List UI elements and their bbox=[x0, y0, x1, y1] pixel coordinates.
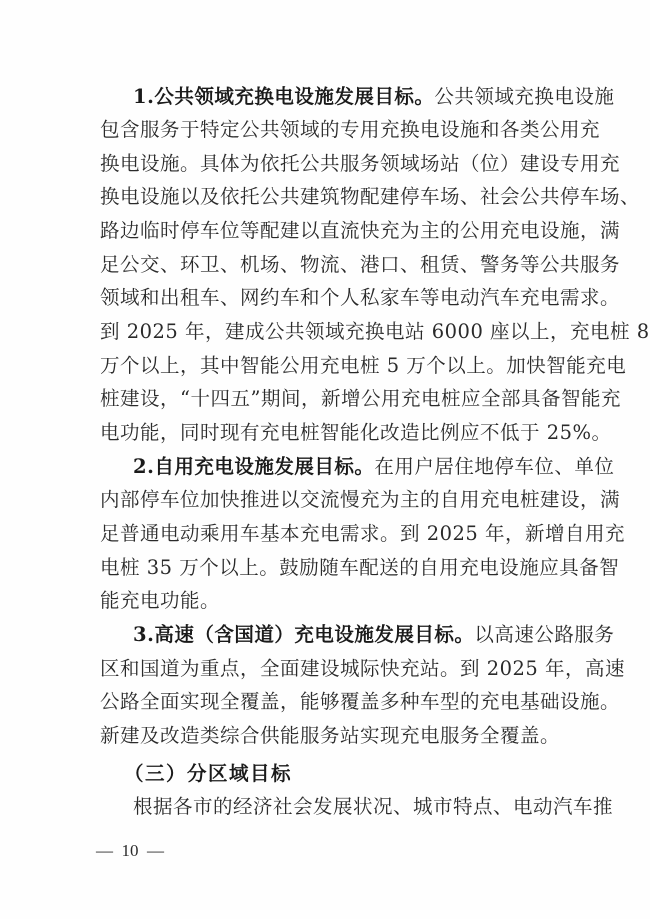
paragraph-line: 1.公共领域充换电设施发展目标。公共领域充换电设施 bbox=[133, 80, 554, 114]
paragraph-line: 能充电功能。 bbox=[100, 584, 554, 618]
paragraph-line: 包含服务于特定公共领域的专用充换电设施和各类公用充 bbox=[100, 113, 554, 147]
paragraph-line: 万个以上，其中智能公用充电桩 5 万个以上。加快智能充电 bbox=[100, 349, 554, 383]
paragraph-line: 内部停车位加快推进以交流慢充为主的自用充电桩建设，满 bbox=[100, 483, 554, 517]
paragraph-line: 电功能，同时现有充电桩智能化改造比例应不低于 25%。 bbox=[100, 416, 554, 450]
paragraph-line: 根据各市的经济社会发展状况、城市特点、电动汽车推 bbox=[133, 790, 554, 824]
paragraph-line: 路边临时停车位等配建以直流快充为主的公用充电设施，满 bbox=[100, 214, 554, 248]
section-label: 3.高速（含国道）充电设施发展目标。 bbox=[133, 623, 474, 646]
paragraph-line: 领域和出租车、网约车和个人私家车等电动汽车充电需求。 bbox=[100, 281, 554, 315]
section-heading: （三）分区域目标 bbox=[124, 757, 292, 791]
paragraph-line: 3.高速（含国道）充电设施发展目标。以高速公路服务 bbox=[133, 618, 554, 652]
paragraph-line: 换电设施以及依托公共建筑物配建停车场、社会公共停车场、 bbox=[100, 180, 554, 214]
paragraph-line: 电桩 35 万个以上。鼓励随车配送的自用充电设施应具备智 bbox=[100, 551, 554, 585]
paragraph-line: 足普通电动乘用车基本充电需求。到 2025 年，新增自用充 bbox=[100, 517, 554, 551]
paragraph-line: 新建及改造类综合供能服务站实现充电服务全覆盖。 bbox=[100, 719, 554, 753]
document-page: 1.公共领域充换电设施发展目标。公共领域充换电设施 包含服务于特定公共领域的专用… bbox=[0, 0, 650, 919]
paragraph-line: 到 2025 年，建成公共领域充换电站 6000 座以上，充电桩 8 bbox=[100, 315, 554, 349]
section-label: 2.自用充电设施发展目标。 bbox=[133, 455, 374, 478]
paragraph-line: 2.自用充电设施发展目标。在用户居住地停车位、单位 bbox=[133, 450, 554, 484]
paragraph-line: 桩建设，“十四五”期间，新增公用充电桩应全部具备智能充 bbox=[100, 382, 554, 416]
paragraph-line: 公路全面实现全覆盖，能够覆盖多种车型的充电基础设施。 bbox=[100, 685, 554, 719]
paragraph-line: 换电设施。具体为依托公共服务领域场站（位）建设专用充 bbox=[100, 147, 554, 181]
page-number: — 10 — bbox=[96, 838, 164, 864]
paragraph-line: 区和国道为重点，全面建设城际快充站。到 2025 年，高速 bbox=[100, 652, 554, 686]
section-label: 1.公共领域充换电设施发展目标。 bbox=[133, 85, 434, 108]
paragraph-line: 足公交、环卫、机场、物流、港口、租赁、警务等公共服务 bbox=[100, 248, 554, 282]
